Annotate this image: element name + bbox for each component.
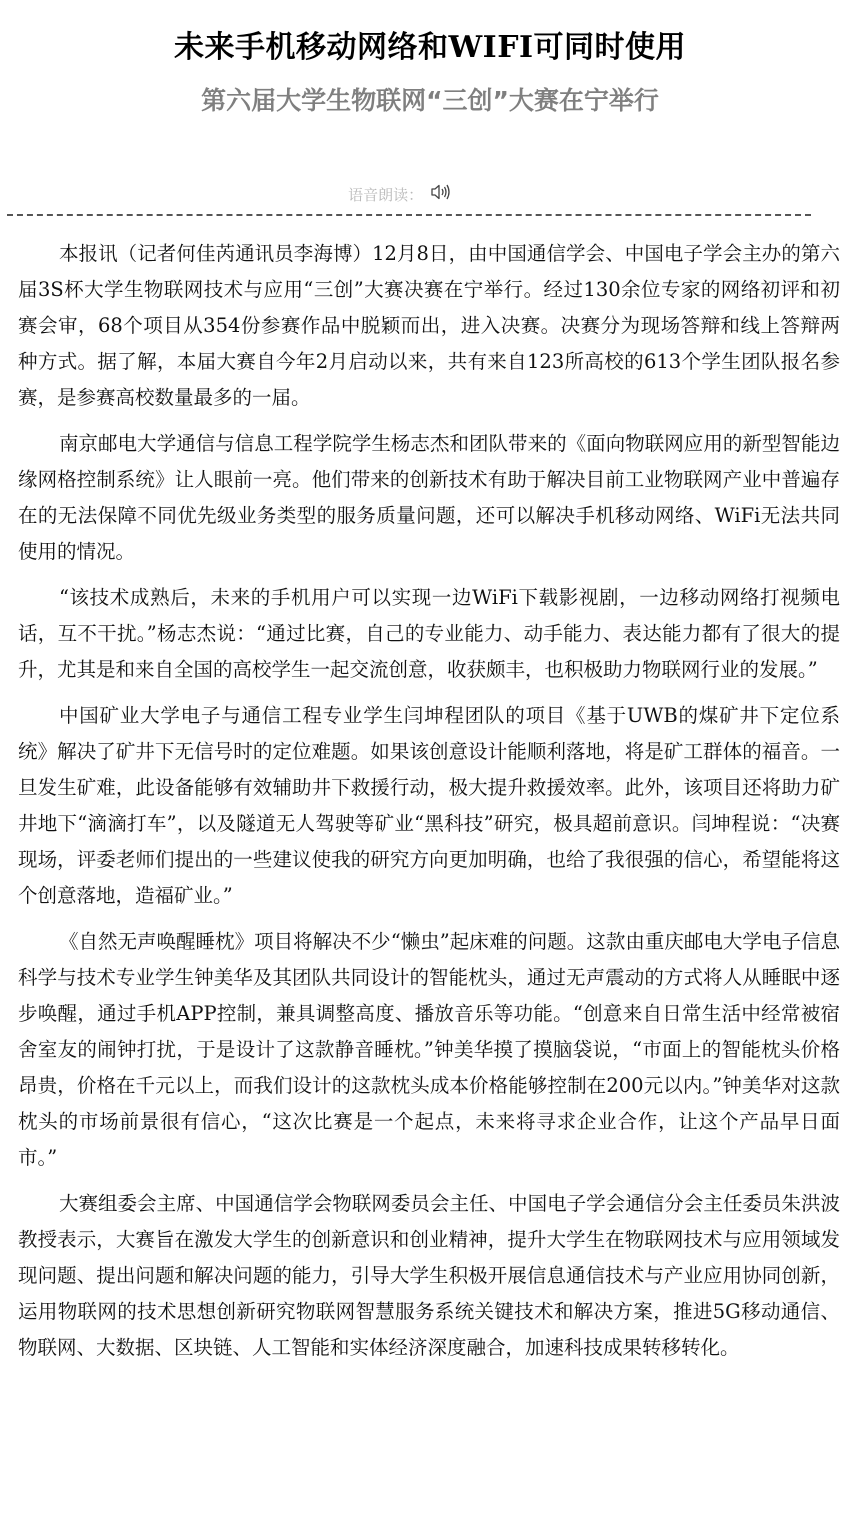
article-body: 本报讯（记者何佳芮通讯员李海博）12月8日，由中国通信学会、中国电子学会主办的第…: [18, 236, 840, 1376]
paragraph: 《自然无声唤醒睡枕》项目将解决不少“懒虫”起床难的问题。这款由重庆邮电大学电子信…: [18, 924, 840, 1176]
speaker-icon[interactable]: [430, 183, 452, 201]
article-title: 未来手机移动网络和WIFI可同时使用: [0, 28, 847, 68]
voice-read-label: 语音朗读：: [348, 186, 423, 204]
paragraph: “该技术成熟后，未来的手机用户可以实现一边WiFi下载影视剧，一边移动网络打视频…: [18, 580, 840, 688]
dashed-divider: [7, 214, 811, 216]
paragraph: 大赛组委会主席、中国通信学会物联网委员会主任、中国电子学会通信分会主任委员朱洪波…: [18, 1186, 840, 1366]
paragraph: 中国矿业大学电子与通信工程专业学生闫坤程团队的项目《基于UWB的煤矿井下定位系统…: [18, 698, 840, 914]
paragraph: 本报讯（记者何佳芮通讯员李海博）12月8日，由中国通信学会、中国电子学会主办的第…: [18, 236, 840, 416]
paragraph: 南京邮电大学通信与信息工程学院学生杨志杰和团队带来的《面向物联网应用的新型智能边…: [18, 426, 840, 570]
voice-read-row: 语音朗读：: [0, 183, 800, 205]
article-subtitle: 第六届大学生物联网“三创”大赛在宁举行: [0, 83, 847, 119]
